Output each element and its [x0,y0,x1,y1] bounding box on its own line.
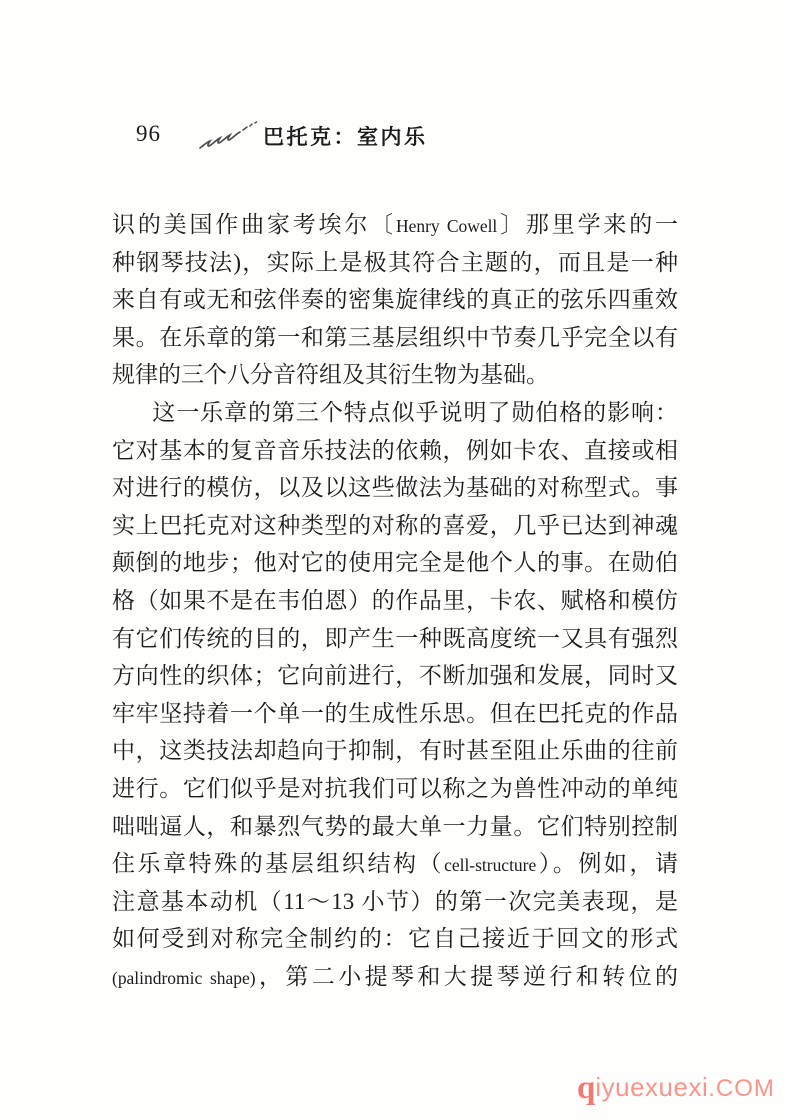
text-line: 果。在乐章的第一和第三基层组织中节奏几乎完全以有 [112,319,678,357]
running-head-title: 巴托克：室内乐 [263,121,428,151]
text-line: 对进行的模仿，以及以这些做法为基础的对称型式。事 [112,469,678,507]
watermark-site-name: iyuexuexi [595,1072,708,1102]
text-line: 实上巴托克对这种类型的对称的喜爱，几乎已达到神魂 [112,507,678,545]
text-line: 中，这类技法却趋向于抑制，有时甚至阻止乐曲的往前 [112,732,678,770]
text-line: 有它们传统的目的，即产生一种既高度统一又具有强烈 [112,620,678,658]
text-line: 它对基本的复音音乐技法的依赖，例如卡农、直接或相 [112,432,678,470]
watermark-initial-letter: q [577,1070,595,1106]
latin-text: Henry Cowell [396,216,497,236]
latin-text: (palindromic shape) [112,968,256,988]
body-text-block: 识的美国作曲家考埃尔〔Henry Cowell〕那里学来的一 种钢琴技法)，实际… [112,206,678,995]
pen-scribble-icon [197,116,263,161]
text-line: 牢牢坚持着一个单一的生成性乐思。但在巴托克的作品 [112,695,678,733]
watermark: qiyuexuexi.COM [577,1070,775,1107]
text-line: 颠倒的地步；他对它的使用完全是他个人的事。在勋伯 [112,544,678,582]
scanned-page: 96 巴托克：室内乐 识的美国作曲家考埃尔〔Henry Cowell〕那里学来的… [0,0,794,1120]
line-segment: 〕那里学来的一 [497,212,678,237]
text-line: 进行。它们似乎是对抗我们可以称之为兽性冲动的单纯 [112,770,678,808]
text-line: 咄咄逼人，和暴烈气势的最大单一力量。它们特别控制 [112,808,678,846]
page-number: 96 [136,121,161,147]
text-line: 格（如果不是在韦伯恩）的作品里，卡农、赋格和模仿 [112,582,678,620]
latin-text: cell-structure [444,855,536,875]
line-segment: ，第二小提琴和大提琴逆行和转位的 [256,964,678,989]
text-line: 识的美国作曲家考埃尔〔Henry Cowell〕那里学来的一 [112,206,678,244]
text-line: 这一乐章的第三个特点似乎说明了勋伯格的影响： [112,394,678,432]
text-line: 来自有或无和弦伴奏的密集旋律线的真正的弦乐四重效 [112,281,678,319]
text-line: 方向性的织体；它向前进行，不断加强和发展，同时又 [112,657,678,695]
line-segment: ）。例如，请 [536,851,678,876]
text-line: 种钢琴技法)，实际上是极其符合主题的，而且是一种 [112,244,678,282]
text-line: 注意基本动机（11～13 小节）的第一次完美表现，是 [112,883,678,921]
text-line: 如何受到对称完全制约的：它自己接近于回文的形式 [112,920,678,958]
text-line: (palindromic shape)，第二小提琴和大提琴逆行和转位的 [112,958,678,996]
text-line: 规律的三个八分音符组及其衍生物为基础。 [112,356,678,394]
text-line: 住乐章特殊的基层组织结构（cell-structure）。例如，请 [112,845,678,883]
line-segment: 住乐章特殊的基层组织结构（ [112,851,444,876]
line-segment: 识的美国作曲家考埃尔〔 [112,212,396,237]
watermark-tld: .COM [708,1075,775,1102]
